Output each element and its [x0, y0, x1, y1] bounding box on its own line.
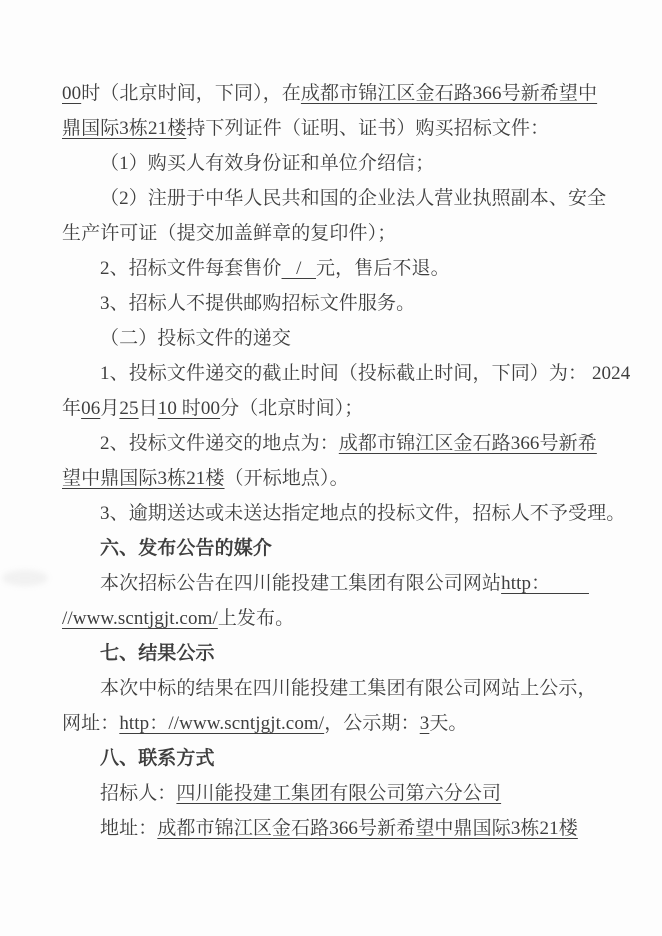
document-line: （1）购买人有效身份证和单位介绍信；	[62, 146, 622, 181]
text-segment: （二）投标文件的递交	[100, 328, 291, 349]
document-line: 生产许可证（提交加盖鲜章的复印件）；	[62, 216, 622, 251]
text-segment: 2、招标文件每套售价	[100, 258, 282, 279]
document-line: 六、发布公告的媒介	[62, 531, 622, 566]
text-segment: 时（北京时间，下同），在	[81, 83, 301, 104]
underlined-text: 望中鼎国际3栋21楼	[62, 468, 225, 489]
document-line: 00时（北京时间，下同），在成都市锦江区金石路366号新希望中	[62, 76, 622, 111]
text-segment: （2）注册于中华人民共和国的企业法人营业执照副本、安全	[100, 188, 606, 209]
document-line: （2）注册于中华人民共和国的企业法人营业执照副本、安全	[62, 181, 622, 216]
underlined-text: 00	[62, 83, 81, 104]
text-segment: 八、联系方式	[100, 748, 215, 769]
text-segment: （1）购买人有效身份证和单位介绍信；	[100, 153, 434, 174]
document-line: 2、招标文件每套售价 / 元，售后不退。	[62, 251, 622, 286]
text-segment: 元，售后不退。	[316, 258, 450, 279]
text-segment: 日	[139, 398, 158, 419]
document-line: 网址：http：//www.scntjgjt.com/，公示期：3天。	[62, 706, 622, 741]
text-segment: 1、投标文件递交的截止时间（投标截止时间，下同）为： 2024	[100, 363, 630, 384]
document-line: 招标人：四川能投建工集团有限公司第六分公司	[62, 776, 622, 811]
text-segment: 招标人：	[100, 783, 176, 804]
underlined-text: 成都市锦江区金石路366号新希望中鼎国际3栋21楼	[157, 818, 578, 839]
text-segment: 本次中标的结果在四川能投建工集团有限公司网站上公示，	[100, 678, 597, 699]
underlined-text: 3	[420, 713, 430, 734]
document-line: //www.scntjgjt.com/上发布。	[62, 601, 622, 636]
text-segment: 网址：	[62, 713, 119, 734]
document-line: 地址：成都市锦江区金石路366号新希望中鼎国际3栋21楼	[62, 811, 622, 846]
document-line: 本次招标公告在四川能投建工集团有限公司网站http：	[62, 566, 622, 601]
text-segment: 七、结果公示	[100, 643, 215, 664]
text-segment: 3、逾期送达或未送达指定地点的投标文件，招标人不予受理。	[100, 503, 625, 524]
text-segment: 3、招标人不提供邮购招标文件服务。	[100, 293, 415, 314]
underlined-text: 25	[119, 398, 138, 419]
underlined-text: 10 时00	[158, 398, 220, 419]
underlined-text: http：//www.scntjgjt.com/	[119, 713, 324, 734]
underlined-text: 成都市锦江区金石路366号新希	[339, 433, 597, 454]
text-segment: 地址：	[100, 818, 157, 839]
document-body: 00时（北京时间，下同），在成都市锦江区金石路366号新希望中鼎国际3栋21楼持…	[62, 76, 622, 846]
document-line: 年06月25日10 时00分（北京时间）；	[62, 391, 622, 426]
text-segment: 分（北京时间）；	[220, 398, 363, 419]
document-line: 2、投标文件递交的地点为：成都市锦江区金石路366号新希	[62, 426, 622, 461]
document-line: 3、招标人不提供邮购招标文件服务。	[62, 286, 622, 321]
scan-smudge	[2, 570, 48, 586]
text-segment: 上发布。	[218, 608, 294, 629]
text-segment: ，公示期：	[324, 713, 420, 734]
document-line: 1、投标文件递交的截止时间（投标截止时间，下同）为： 2024	[62, 356, 622, 391]
document-line: 3、逾期送达或未送达指定地点的投标文件，招标人不予受理。	[62, 496, 622, 531]
document-line: 八、联系方式	[62, 741, 622, 776]
text-segment: 持下列证件（证明、证书）购买招标文件：	[186, 118, 549, 139]
underlined-text: http：	[501, 573, 589, 594]
document-line: 望中鼎国际3栋21楼（开标地点）。	[62, 461, 622, 496]
text-segment: 六、发布公告的媒介	[100, 538, 272, 559]
text-segment: 本次招标公告在四川能投建工集团有限公司网站	[100, 573, 501, 594]
underlined-text: 成都市锦江区金石路366号新希望中	[301, 83, 597, 104]
underlined-text: 鼎国际3栋21楼	[62, 118, 186, 139]
text-segment: 生产许可证（提交加盖鲜章的复印件）；	[62, 223, 396, 244]
document-line: 本次中标的结果在四川能投建工集团有限公司网站上公示，	[62, 671, 622, 706]
document-line: （二）投标文件的递交	[62, 321, 622, 356]
document-line: 七、结果公示	[62, 636, 622, 671]
text-segment: 月	[100, 398, 119, 419]
underlined-text: 06	[81, 398, 100, 419]
text-segment: 年	[62, 398, 81, 419]
underlined-text: 四川能投建工集团有限公司第六分公司	[176, 783, 501, 804]
document-page: 00时（北京时间，下同），在成都市锦江区金石路366号新希望中鼎国际3栋21楼持…	[0, 0, 662, 936]
underlined-text: /	[282, 258, 316, 279]
document-line: 鼎国际3栋21楼持下列证件（证明、证书）购买招标文件：	[62, 111, 622, 146]
text-segment: 2、投标文件递交的地点为：	[100, 433, 339, 454]
underlined-text: //www.scntjgjt.com/	[62, 608, 218, 629]
text-segment: 天。	[429, 713, 467, 734]
text-segment: （开标地点）。	[225, 468, 349, 489]
